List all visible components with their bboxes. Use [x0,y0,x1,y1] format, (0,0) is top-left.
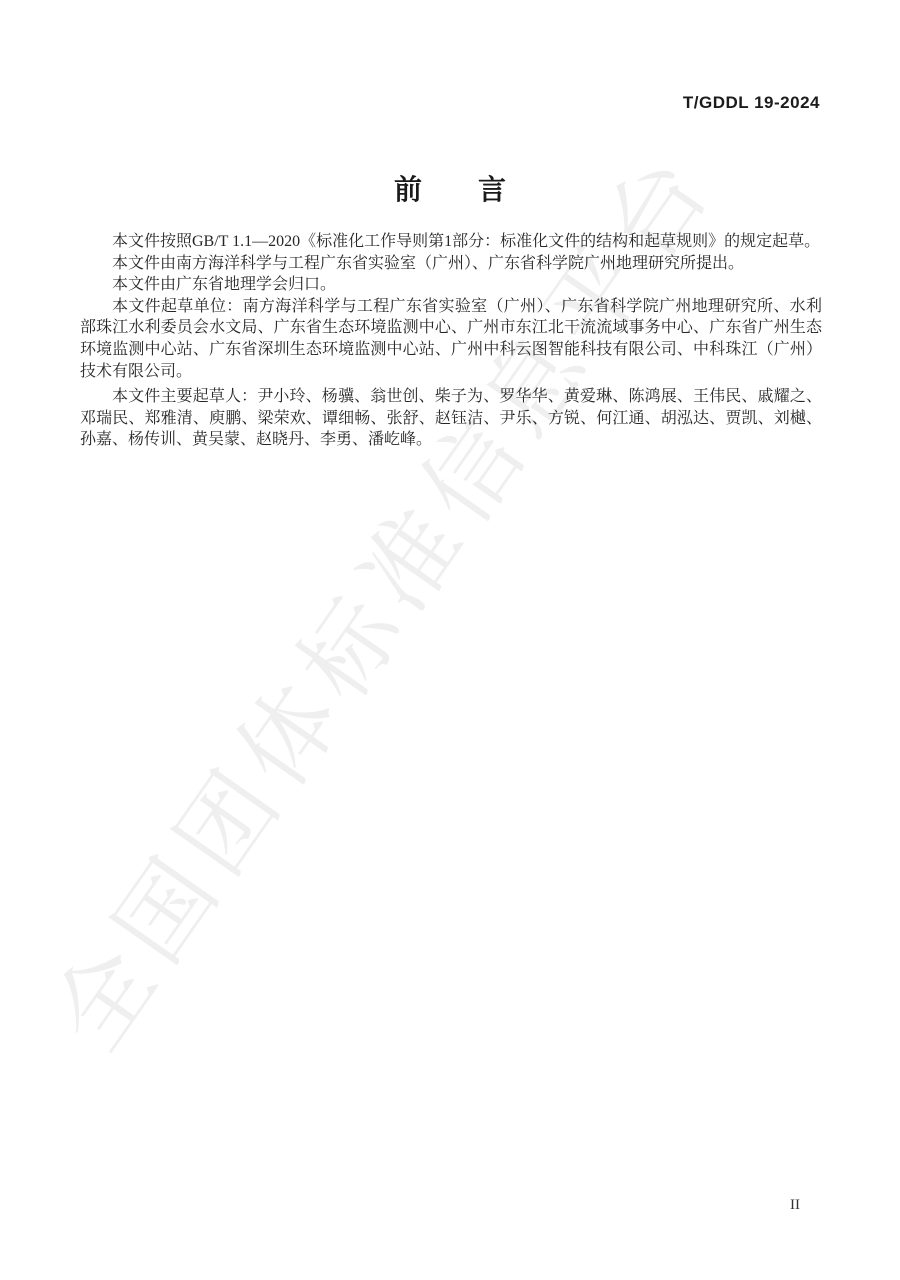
paragraph-drafting-rules: 本文件按照GB/T 1.1—2020《标准化工作导则第1部分：标准化文件的结构和… [80,231,822,253]
paragraph-drafting-organizations: 本文件起草单位：南方海洋科学与工程广东省实验室（广州）、广东省科学院广州地理研究… [80,296,822,382]
document-page: 全国团体标准信息平台 T/GDDL 19-2024 前 言 本文件按照GB/T … [0,0,900,1280]
page-title: 前 言 [0,168,900,208]
paragraph-centralized-by: 本文件由广东省地理学会归口。 [80,274,822,296]
paragraph-proposed-by: 本文件由南方海洋科学与工程广东省实验室（广州）、广东省科学院广州地理研究所提出。 [80,253,822,275]
standard-code-header: T/GDDL 19-2024 [683,93,820,113]
foreword-body: 本文件按照GB/T 1.1—2020《标准化工作导则第1部分：标准化文件的结构和… [80,231,822,451]
page-number: II [790,1197,800,1214]
paragraph-main-drafters: 本文件主要起草人：尹小玲、杨骥、翁世创、柴子为、罗华华、黄爱琳、陈鸿展、王伟民、… [80,386,822,451]
